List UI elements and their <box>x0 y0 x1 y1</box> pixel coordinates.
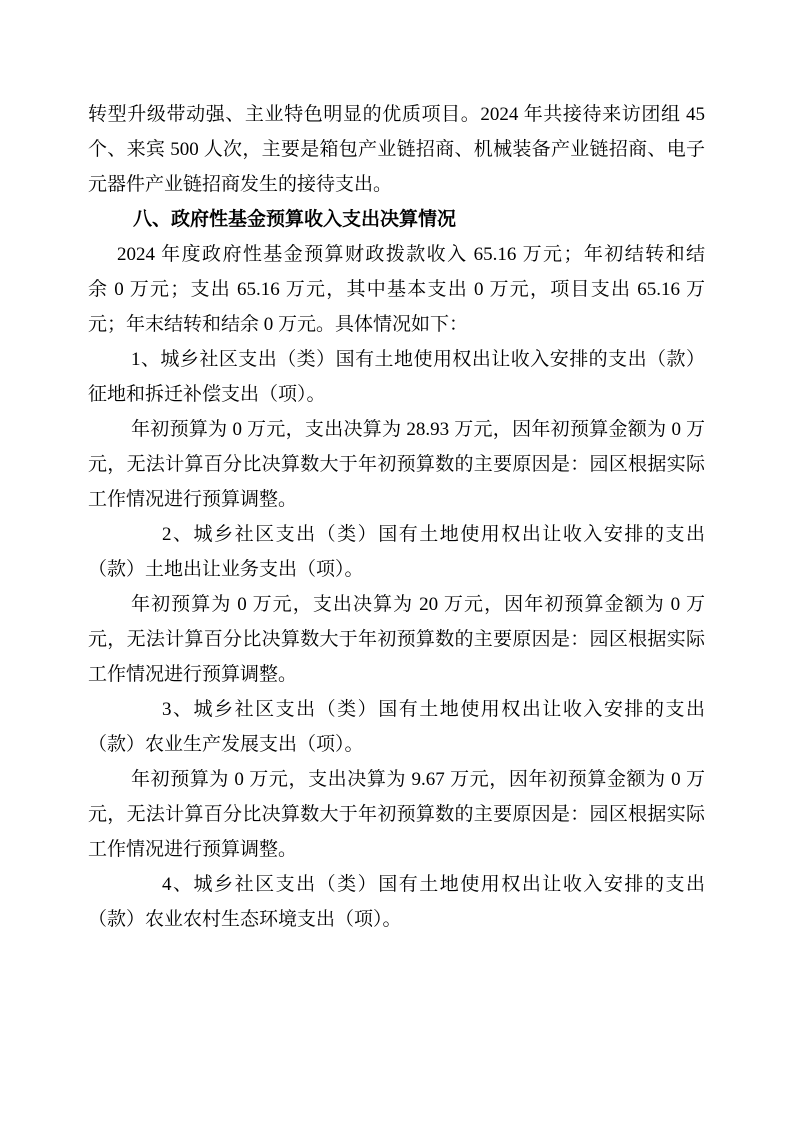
document-page: 转型升级带动强、主业特色明显的优质项目。2024 年共接待来访团组 45个、来宾… <box>0 0 793 1122</box>
para-item-1-detail-line-2: 元，无法计算百分比决算数大于年初预算数的主要原因是：园区根据实际 <box>88 447 705 482</box>
para-reception-expense-line-1: 转型升级带动强、主业特色明显的优质项目。2024 年共接待来访团组 45 <box>88 97 705 132</box>
para-item-1-detail: 年初预算为 0 万元，支出决算为 28.93 万元，因年初预算金额为 0 万元，… <box>88 412 705 517</box>
para-item-2-detail-line-1: 年初预算为 0 万元，支出决算为 20 万元，因年初预算金额为 0 万 <box>88 587 705 622</box>
para-item-3-title-line-1: 3、城乡社区支出（类）国有土地使用权出让收入安排的支出 <box>88 692 705 727</box>
para-item-3-title: 3、城乡社区支出（类）国有土地使用权出让收入安排的支出（款）农业生产发展支出（项… <box>88 692 705 762</box>
para-reception-expense-line-2: 个、来宾 500 人次，主要是箱包产业链招商、机械装备产业链招商、电子 <box>88 132 705 167</box>
para-item-3-detail-line-3: 工作情况进行预算调整。 <box>88 832 705 867</box>
para-item-1-detail-line-3: 工作情况进行预算调整。 <box>88 482 705 517</box>
para-item-3-detail-line-1: 年初预算为 0 万元，支出决算为 9.67 万元，因年初预算金额为 0 万 <box>88 762 705 797</box>
para-item-3-detail-line-2: 元，无法计算百分比决算数大于年初预算数的主要原因是：园区根据实际 <box>88 797 705 832</box>
para-reception-expense: 转型升级带动强、主业特色明显的优质项目。2024 年共接待来访团组 45个、来宾… <box>88 97 705 202</box>
para-item-1-title-line-1: 1、城乡社区支出（类）国有土地使用权出让收入安排的支出（款） <box>88 342 705 377</box>
para-fund-budget-overview-line-1: 2024 年度政府性基金预算财政拨款收入 65.16 万元；年初结转和结 <box>88 237 705 272</box>
para-item-2-detail-line-3: 工作情况进行预算调整。 <box>88 657 705 692</box>
para-item-2-title: 2、城乡社区支出（类）国有土地使用权出让收入安排的支出（款）土地出让业务支出（项… <box>88 517 705 587</box>
document-body: 转型升级带动强、主业特色明显的优质项目。2024 年共接待来访团组 45个、来宾… <box>0 0 793 937</box>
para-item-1-title: 1、城乡社区支出（类）国有土地使用权出让收入安排的支出（款）征地和拆迁补偿支出（… <box>88 342 705 412</box>
para-item-1-title-line-2: 征地和拆迁补偿支出（项）。 <box>88 377 705 412</box>
para-item-4-title-line-2: （款）农业农村生态环境支出（项）。 <box>88 902 705 937</box>
para-item-4-title-line-1: 4、城乡社区支出（类）国有土地使用权出让收入安排的支出 <box>88 867 705 902</box>
para-item-3-title-line-2: （款）农业生产发展支出（项）。 <box>88 727 705 762</box>
heading-section-eight: 八、政府性基金预算收入支出决算情况 <box>88 202 705 237</box>
para-item-2-detail-line-2: 元，无法计算百分比决算数大于年初预算数的主要原因是：园区根据实际 <box>88 622 705 657</box>
para-fund-budget-overview-line-2: 余 0 万元；支出 65.16 万元，其中基本支出 0 万元，项目支出 65.1… <box>88 272 705 307</box>
para-item-2-detail: 年初预算为 0 万元，支出决算为 20 万元，因年初预算金额为 0 万元，无法计… <box>88 587 705 692</box>
heading-section-eight-line-1: 八、政府性基金预算收入支出决算情况 <box>88 202 705 237</box>
para-item-4-title: 4、城乡社区支出（类）国有土地使用权出让收入安排的支出（款）农业农村生态环境支出… <box>88 867 705 937</box>
para-item-1-detail-line-1: 年初预算为 0 万元，支出决算为 28.93 万元，因年初预算金额为 0 万 <box>88 412 705 447</box>
para-fund-budget-overview-line-3: 元；年末结转和结余 0 万元。具体情况如下： <box>88 307 705 342</box>
para-reception-expense-line-3: 元器件产业链招商发生的接待支出。 <box>88 167 705 202</box>
para-item-2-title-line-1: 2、城乡社区支出（类）国有土地使用权出让收入安排的支出 <box>88 517 705 552</box>
para-item-3-detail: 年初预算为 0 万元，支出决算为 9.67 万元，因年初预算金额为 0 万元，无… <box>88 762 705 867</box>
para-item-2-title-line-2: （款）土地出让业务支出（项）。 <box>88 552 705 587</box>
para-fund-budget-overview: 2024 年度政府性基金预算财政拨款收入 65.16 万元；年初结转和结余 0 … <box>88 237 705 342</box>
